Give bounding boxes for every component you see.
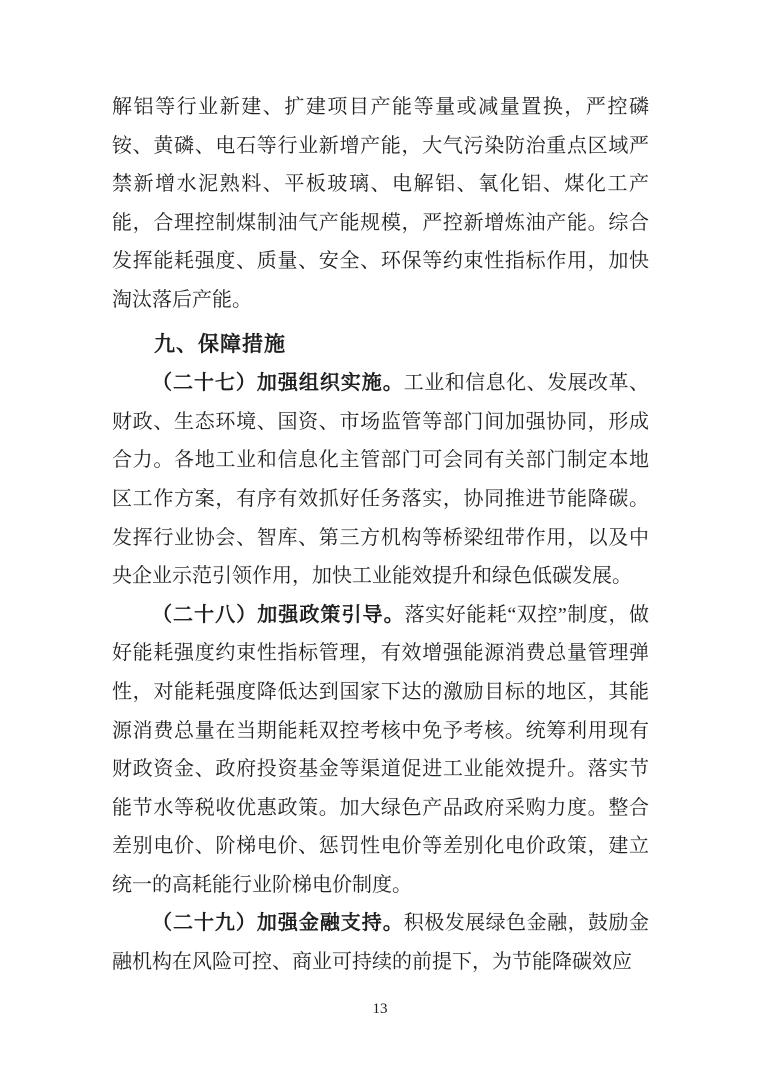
page-footer: 13 <box>0 1000 760 1018</box>
item-28-body: 落实好能耗“双控”制度，做好能耗强度约束性指标管理，有效增强能源消费总量管理弹性… <box>112 604 649 896</box>
paragraph-continuation: 解铝等行业新建、扩建项目产能等量或减量置换，严控磷铵、黄磷、电石等行业新增产能，… <box>112 88 649 320</box>
item-27-body: 工业和信息化、发展改革、财政、生态环境、国资、市场监管等部门间加强协同，形成合力… <box>112 372 649 587</box>
document-page: 解铝等行业新建、扩建项目产能等量或减量置换，严控磷铵、黄磷、电石等行业新增产能，… <box>0 0 760 1072</box>
section-heading: 九、保障措施 <box>112 326 649 365</box>
paragraph-item-28: （二十八）加强政策引导。落实好能耗“双控”制度，做好能耗强度约束性指标管理，有效… <box>112 596 649 905</box>
paragraph-item-27: （二十七）加强组织实施。工业和信息化、发展改革、财政、生态环境、国资、市场监管等… <box>112 364 649 596</box>
paragraph-item-29: （二十九）加强金融支持。积极发展绿色金融，鼓励金融机构在风险可控、商业可持续的前… <box>112 904 649 981</box>
item-29-lead: （二十九）加强金融支持。 <box>152 912 404 934</box>
page-number: 13 <box>373 1001 388 1017</box>
item-27-lead: （二十七）加强组织实施。 <box>152 372 404 394</box>
document-content: 解铝等行业新建、扩建项目产能等量或减量置换，严控磷铵、黄磷、电石等行业新增产能，… <box>112 88 649 982</box>
item-28-lead: （二十八）加强政策引导。 <box>152 604 405 626</box>
